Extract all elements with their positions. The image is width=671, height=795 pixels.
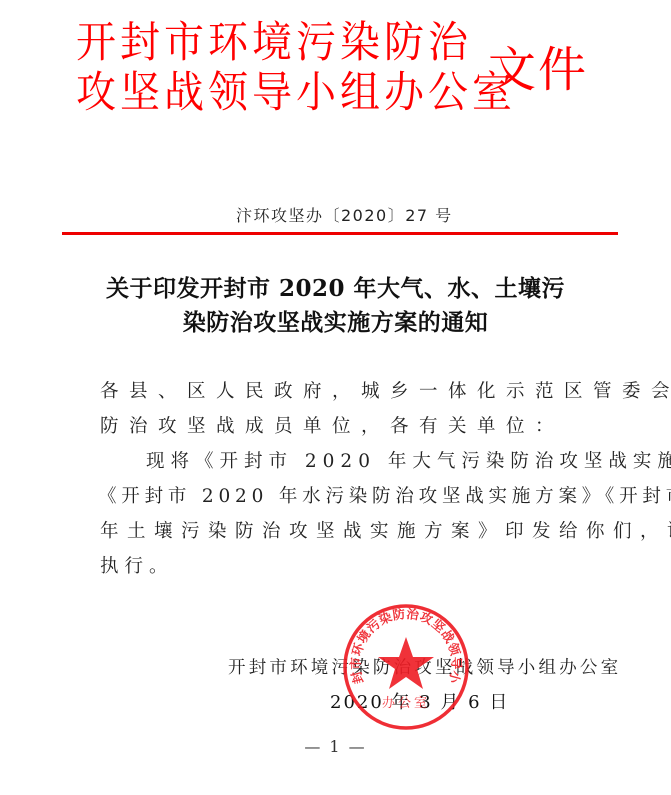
seal-icon: 开封市环境污染防治攻坚战领导小组 办公室 — [342, 603, 470, 731]
body-line-1: 各县、区人民政府，城乡一体化示范区管委会，市环境污染 — [100, 380, 671, 404]
official-seal: 开封市环境污染防治攻坚战领导小组 办公室 — [342, 603, 470, 731]
svg-text:办公室: 办公室 — [382, 695, 430, 711]
header-doc-type: 文件 — [488, 44, 588, 96]
red-separator-line — [62, 232, 618, 235]
body-line-3: 现将《开封市 2020 年大气污染防治攻坚战实施方案》 — [146, 450, 671, 474]
body-line-6: 执行。 — [100, 555, 174, 579]
document-number: 汴环攻坚办〔2020〕27 号 — [236, 206, 453, 226]
body-line-5: 年土壤污染防治攻坚战实施方案》印发给你们，请认真贯彻 — [100, 520, 671, 544]
header-org-line-1: 开封市环境污染防治 — [76, 18, 472, 68]
body-line-4: 《开封市 2020 年水污染防治攻坚战实施方案》《开封市 2020 — [98, 485, 671, 509]
page-number: — 1 — — [0, 737, 671, 756]
document-title-line-1: 关于印发开封市 2020 年大气、水、土壤污 — [0, 274, 671, 304]
document-title-line-2: 染防治攻坚战实施方案的通知 — [0, 308, 671, 338]
body-line-2: 防治攻坚战成员单位，各有关单位： — [100, 415, 564, 439]
header-org-line-2: 攻坚战领导小组办公室 — [76, 68, 516, 118]
